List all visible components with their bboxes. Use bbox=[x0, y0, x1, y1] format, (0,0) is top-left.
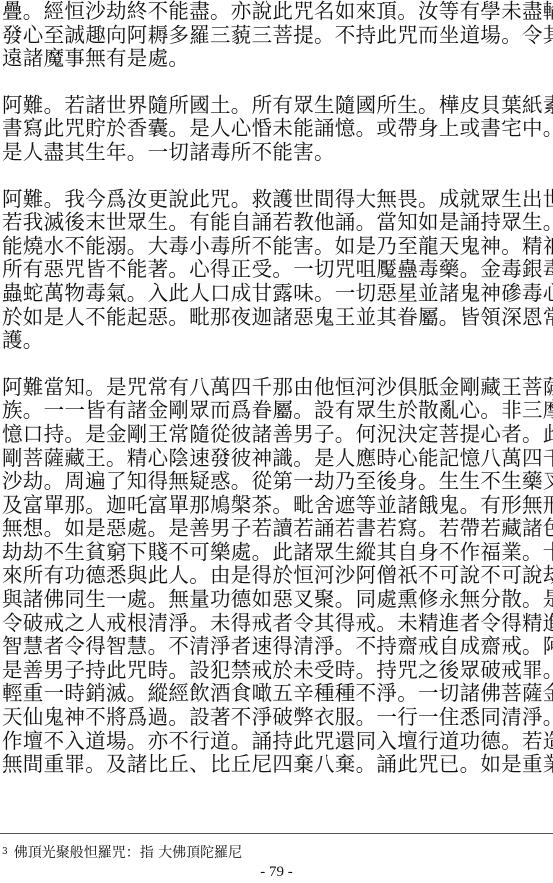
text-line: 所有惡咒皆不能著。心得正受。一切咒咀魘蠱毒藥。金毒銀毒草木 bbox=[2, 258, 553, 282]
paragraph-3: 阿難。我今爲汝更說此咒。救護世間得大無畏。成就眾生出世間智。 若我滅後末世眾生。… bbox=[2, 188, 553, 353]
text-line: 與諸佛同生一處。無量功德如惡叉聚。同處熏修永無分散。是故能 bbox=[2, 588, 553, 612]
text-line: 書寫此咒貯於香囊。是人心惛未能誦憶。或帶身上或書宅中。當知 bbox=[2, 117, 553, 141]
footnote-marker: 3 bbox=[2, 847, 8, 857]
text-line: 無想。如是惡處。是善男子若讀若誦若書若寫。若帶若藏諸色供養。 bbox=[2, 517, 553, 541]
text-line: 令破戒之人戒根清淨。未得戒者令其得戒。未精進者令得精進。無 bbox=[2, 612, 553, 636]
text-line: 及富單那。迦吒富單那鳩槃茶。毗舍遮等並諸餓鬼。有形無形有想 bbox=[2, 494, 553, 518]
text-line: 智慧者令得智慧。不清淨者速得清淨。不持齋戒自成齋戒。阿難。 bbox=[2, 635, 553, 659]
text-line: 於如是人不能起惡。毗那夜迦諸惡鬼王並其眷屬。皆領深恩常加守 bbox=[2, 306, 553, 330]
text-line: 護。 bbox=[2, 329, 553, 353]
text-line: 沙劫。周遍了知得無疑惑。從第一劫乃至後身。生生不生藥叉羅剎 bbox=[2, 470, 553, 494]
text-line: 作壇不入道場。亦不行道。誦持此咒還同入壇行道功德。若造五逆 bbox=[2, 730, 553, 754]
text-line: 能燒水不能溺。大毒小毒所不能害。如是乃至龍天鬼神。精祇魔魅 bbox=[2, 235, 553, 259]
text-line: 天仙鬼神不將爲過。設著不淨破弊衣服。一行一住悉同清淨。縱不 bbox=[2, 706, 553, 730]
page-number: - 79 - bbox=[0, 864, 553, 881]
paragraph-1: 疊。經恒沙劫終不能盡。亦說此咒名如來頂。汝等有學未盡輪迴。 發心至誠趣向阿耨多羅… bbox=[2, 0, 553, 71]
text-line: 族。一一皆有諸金剛眾而爲眷屬。設有眾生於散亂心。非三摩地心 bbox=[2, 399, 553, 423]
text-line: 輕重一時銷滅。縱經飲酒食噉五辛種種不淨。一切諸佛菩薩金剛。 bbox=[2, 682, 553, 706]
text-line: 劫劫不生貧窮下賤不可樂處。此諸眾生縱其自身不作福業。十方如 bbox=[2, 541, 553, 565]
text-line: 是人盡其生年。一切諸毒所不能害。 bbox=[2, 141, 553, 165]
text-line: 遠諸魔事無有是處。 bbox=[2, 47, 553, 71]
text-line: 是善男子持此咒時。設犯禁戒於未受時。持咒之後眾破戒罪。無問 bbox=[2, 659, 553, 683]
text-line: 疊。經恒沙劫終不能盡。亦說此咒名如來頂。汝等有學未盡輪迴。 bbox=[2, 0, 553, 24]
text-line: 憶口持。是金剛王常隨從彼諸善男子。何況決定菩提心者。此諸金 bbox=[2, 423, 553, 447]
text-line: 無間重罪。及諸比丘、比丘尼四棄八棄。誦此咒已。如是重業。猶 bbox=[2, 753, 553, 777]
document-page: 疊。經恒沙劫終不能盡。亦說此咒名如來頂。汝等有學未盡輪迴。 發心至誠趣向阿耨多羅… bbox=[2, 0, 553, 800]
text-line: 若我滅後末世眾生。有能自誦若教他誦。當知如是誦持眾生。火不 bbox=[2, 211, 553, 235]
text-line: 來所有功德悉與此人。由是得於恒河沙阿僧祇不可說不可說劫。常 bbox=[2, 564, 553, 588]
text-line: 剛菩薩藏王。精心陰速發彼神識。是人應時心能記憶八萬四千恒河 bbox=[2, 447, 553, 471]
text-line: 阿難當知。是咒常有八萬四千那由他恒河沙俱胝金剛藏王菩薩種 bbox=[2, 376, 553, 400]
text-line: 阿難。若諸世界隨所國土。所有眾生隨國所生。樺皮貝葉紙素白疊。 bbox=[2, 94, 553, 118]
text-line: 阿難。我今爲汝更說此咒。救護世間得大無畏。成就眾生出世間智。 bbox=[2, 188, 553, 212]
paragraph-4: 阿難當知。是咒常有八萬四千那由他恒河沙俱胝金剛藏王菩薩種 族。一一皆有諸金剛眾而… bbox=[2, 376, 553, 777]
footnote: 3佛頂光聚般怛羅咒：指 大佛頂陀羅尼 bbox=[2, 845, 242, 861]
paragraph-2: 阿難。若諸世界隨所國土。所有眾生隨國所生。樺皮貝葉紙素白疊。 書寫此咒貯於香囊。… bbox=[2, 94, 553, 165]
text-line: 蟲蛇萬物毒氣。入此人口成甘露味。一切惡星並諸鬼神磣毒心人。 bbox=[2, 282, 553, 306]
footnote-separator bbox=[0, 833, 553, 834]
text-line: 發心至誠趣向阿耨多羅三藐三菩提。不持此咒而坐道場。令其身心 bbox=[2, 24, 553, 48]
footnote-text: 佛頂光聚般怛羅咒：指 大佛頂陀羅尼 bbox=[14, 845, 242, 861]
